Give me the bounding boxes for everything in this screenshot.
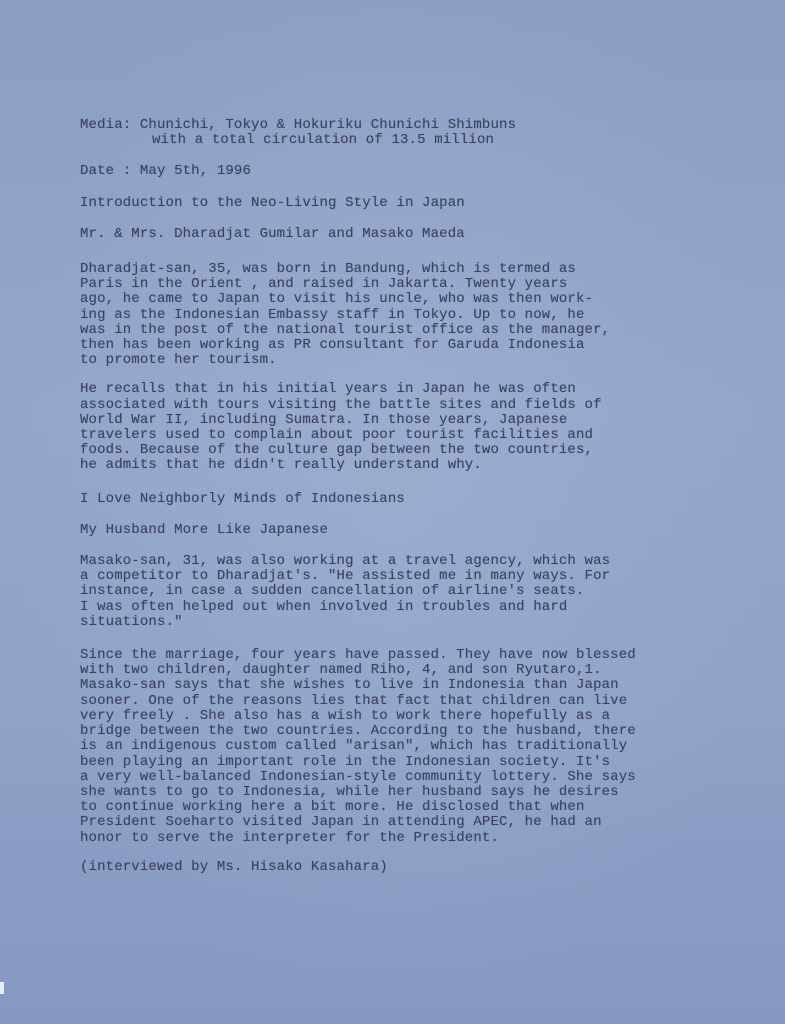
text-line: ing as the Indonesian Embassy staff in T… bbox=[80, 308, 740, 323]
text-line: a very well-balanced Indonesian-style co… bbox=[80, 770, 740, 785]
subheading-neighborly-minds: I Love Neighborly Minds of Indonesians bbox=[80, 492, 740, 507]
text-line: I was often helped out when involved in … bbox=[80, 600, 740, 615]
text-line: situations." bbox=[80, 615, 740, 630]
paragraph-1: Dharadjat-san, 35, was born in Bandung, … bbox=[80, 262, 740, 368]
text-line: was in the post of the national tourist … bbox=[80, 323, 740, 338]
text-line: sooner. One of the reasons lies that fac… bbox=[80, 694, 740, 709]
text-line: Dharadjat-san, 35, was born in Bandung, … bbox=[80, 262, 740, 277]
text-line: Masako-san, 31, was also working at a tr… bbox=[80, 554, 740, 569]
paragraph-4: Since the marriage, four years have pass… bbox=[80, 648, 740, 846]
paragraph-2: He recalls that in his initial years in … bbox=[80, 382, 740, 473]
interviewer-credit: (interviewed by Ms. Hisako Kasahara) bbox=[80, 860, 740, 875]
text-line: President Soeharto visited Japan in atte… bbox=[80, 815, 740, 830]
article-subjects: Mr. & Mrs. Dharadjat Gumilar and Masako … bbox=[80, 227, 740, 242]
article-title: Introduction to the Neo-Living Style in … bbox=[80, 196, 740, 211]
circulation-line: with a total circulation of 13.5 million bbox=[80, 133, 740, 148]
text-line: honor to serve the interpreter for the P… bbox=[80, 831, 740, 846]
text-line: very freely . She also has a wish to wor… bbox=[80, 709, 740, 724]
text-line: to promote her tourism. bbox=[80, 353, 740, 368]
text-line: instance, in case a sudden cancellation … bbox=[80, 584, 740, 599]
text-line: travelers used to complain about poor to… bbox=[80, 428, 740, 443]
media-line: Media: Chunichi, Tokyo & Hokuriku Chunic… bbox=[80, 118, 740, 133]
text-line: World War II, including Sumatra. In thos… bbox=[80, 413, 740, 428]
date-line: Date : May 5th, 1996 bbox=[80, 164, 740, 179]
text-line: ago, he came to Japan to visit his uncle… bbox=[80, 292, 740, 307]
subheading-husband-japanese: My Husband More Like Japanese bbox=[80, 523, 740, 538]
paragraph-3: Masako-san, 31, was also working at a tr… bbox=[80, 554, 740, 630]
media-info: Media: Chunichi, Tokyo & Hokuriku Chunic… bbox=[80, 118, 740, 148]
edge-mark bbox=[0, 982, 4, 994]
text-line: she wants to go to Indonesia, while her … bbox=[80, 785, 740, 800]
text-line: Since the marriage, four years have pass… bbox=[80, 648, 740, 663]
text-line: been playing an important role in the In… bbox=[80, 755, 740, 770]
typewritten-document: Media: Chunichi, Tokyo & Hokuriku Chunic… bbox=[80, 118, 740, 875]
text-line: is an indigenous custom called "arisan",… bbox=[80, 739, 740, 754]
text-line: Masako-san says that she wishes to live … bbox=[80, 678, 740, 693]
text-line: he admits that he didn't really understa… bbox=[80, 458, 740, 473]
text-line: then has been working as PR consultant f… bbox=[80, 338, 740, 353]
text-line: He recalls that in his initial years in … bbox=[80, 382, 740, 397]
text-line: associated with tours visiting the battl… bbox=[80, 398, 740, 413]
